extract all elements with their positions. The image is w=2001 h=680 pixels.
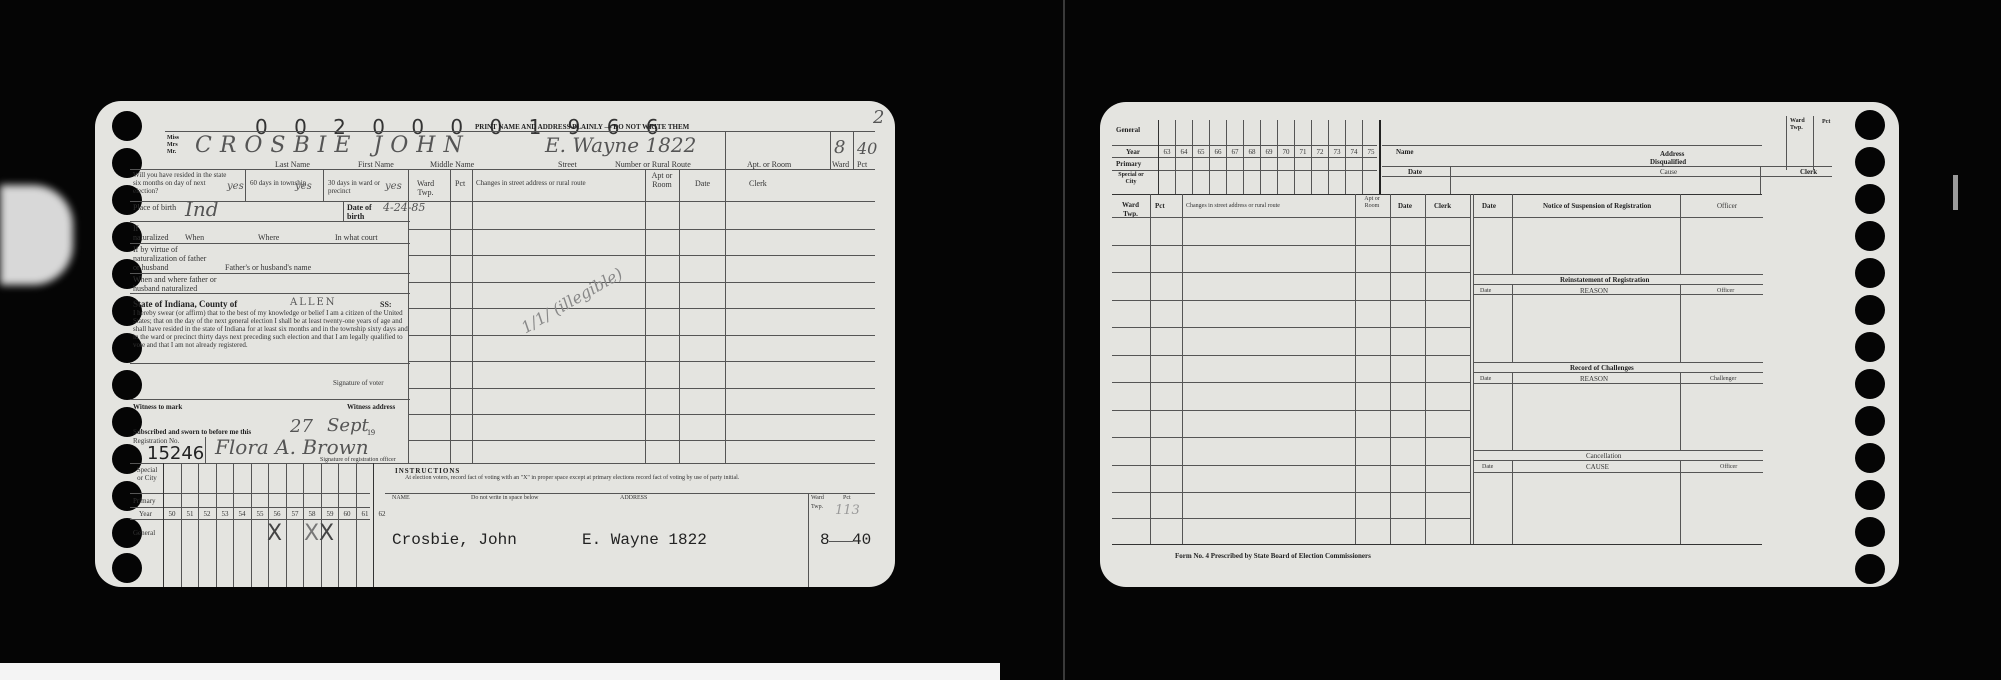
- label-first-name: First Name: [358, 160, 394, 169]
- name-handwritten: CROSBIE JOHN: [195, 133, 471, 158]
- cancellation-date-header: Date: [1482, 463, 1493, 472]
- date-of-birth-label: Date of birth: [347, 203, 387, 221]
- title-prefix-mr: Mr.: [167, 148, 176, 157]
- subscribed-day: 27: [290, 416, 313, 437]
- cancellation-officer-header: Officer: [1720, 463, 1737, 472]
- typed-name: Crosbie, John: [392, 531, 517, 549]
- voter-registration-card-back: General Year Primary Special or City 63 …: [1100, 102, 1899, 587]
- footer-pct-handwritten: 113: [835, 503, 860, 518]
- label-apt-room: Apt. or Room: [747, 160, 791, 169]
- residence-state-question: Will you have resided in the state six m…: [133, 171, 228, 195]
- general-vote-mark-58: X: [304, 521, 319, 546]
- instructions-text: At election voters, record fact of votin…: [405, 475, 825, 482]
- label-street: Street: [558, 160, 577, 169]
- oath-ss: SS:: [380, 300, 392, 309]
- signature-voter-label: Signature of voter: [333, 379, 384, 388]
- changes-header-date: Date: [1398, 202, 1412, 211]
- typed-ward: 8: [820, 531, 830, 549]
- year-75: 75: [1360, 148, 1382, 156]
- pct-handwritten: 40: [857, 139, 877, 158]
- when-where-naturalized-label: When and where father or husband natural…: [133, 275, 228, 293]
- oath-text: I hereby swear (or affirm) that to the b…: [133, 309, 408, 349]
- place-of-birth-label: Place of birth: [133, 203, 183, 212]
- voter-registration-card-front: 0 0 2 0 0 0 0 1 9 6 6 PRINT NAME AND ADD…: [95, 101, 895, 587]
- changes-header-clerk: Clerk: [749, 179, 767, 188]
- corner-mark: 2: [873, 107, 884, 128]
- residence-state-answer: yes: [227, 181, 244, 192]
- ward-twp-label: Ward Twp.: [1790, 118, 1814, 132]
- changes-handwritten-note: 1/1/ (illegible): [518, 264, 626, 337]
- name-label: Name: [1396, 148, 1414, 157]
- vote-row-primary: Primary: [133, 497, 156, 506]
- vote-row-special: Special or City: [133, 466, 161, 482]
- label-last-name: Last Name: [275, 160, 310, 169]
- subscribed-month: Sept: [327, 415, 369, 436]
- changes-header-pct: Pct: [455, 179, 465, 188]
- label-middle-name: Middle Name: [430, 160, 474, 169]
- changes-header-apt: Apt or Room: [649, 171, 675, 189]
- witness-address-label: Witness address: [347, 403, 395, 412]
- naturalized-court-label: In what court: [335, 233, 378, 242]
- year-62: 62: [371, 510, 393, 518]
- changes-header-apt: Apt or Room: [1358, 196, 1386, 210]
- general-vote-mark-56: X: [267, 521, 282, 546]
- date-of-birth-value: 4-24-85: [383, 201, 425, 214]
- vote-row-year: Year: [1126, 148, 1140, 157]
- naturalized-when-label: When: [185, 233, 204, 242]
- film-edge-mark: [1953, 175, 1958, 210]
- oath-state-county: State of Indiana, County of: [133, 300, 237, 309]
- vote-row-primary: Primary: [1116, 160, 1141, 169]
- changes-header-address: Changes in street address or rural route: [1186, 202, 1280, 211]
- address-handwritten: E. Wayne 1822: [545, 133, 696, 157]
- typed-address: E. Wayne 1822: [582, 531, 707, 549]
- suspension-officer-header: Officer: [1717, 202, 1737, 211]
- vote-row-special: Special or City: [1116, 172, 1146, 186]
- typed-pct: 40: [852, 531, 871, 549]
- label-number-route: Number or Rural Route: [615, 160, 691, 169]
- footer-pct-label: Pct: [843, 494, 851, 503]
- white-band: [0, 663, 1000, 680]
- finger-blur: [0, 185, 73, 285]
- changes-header-date: Date: [695, 179, 710, 188]
- vote-row-year: Year: [139, 510, 152, 519]
- form-footer: Form No. 4 Prescribed by State Board of …: [1175, 552, 1371, 561]
- pct-label: Pct: [1822, 118, 1830, 127]
- vote-row-general: General: [1116, 126, 1140, 135]
- footer-no-write-label: Do not write in space below: [471, 494, 538, 503]
- label-ward: Ward: [832, 160, 849, 169]
- changes-header-clerk: Clerk: [1434, 202, 1451, 211]
- registration-no: 15246: [147, 443, 204, 464]
- cancellation-cause-header: CAUSE: [1586, 463, 1609, 472]
- witness-label: Witness to mark: [133, 403, 182, 412]
- suspension-date-header: Date: [1482, 202, 1496, 211]
- suspension-title: Notice of Suspension of Registration: [1543, 202, 1651, 211]
- father-naturalization-label: If by virtue of naturalization of father…: [133, 245, 208, 272]
- ward-handwritten: 8: [834, 137, 845, 158]
- place-of-birth-value: Ind: [185, 197, 219, 221]
- naturalized-where-label: Where: [258, 233, 279, 242]
- divider-line: [1063, 0, 1065, 680]
- residence-ward-answer: yes: [385, 181, 402, 192]
- changes-header-pct: Pct: [1155, 202, 1165, 211]
- oath-county-value: ALLEN: [290, 297, 337, 308]
- father-name-label: Father's or husband's name: [225, 263, 311, 272]
- general-vote-mark-59: X: [319, 521, 334, 546]
- naturalized-label: If naturalized: [133, 224, 173, 242]
- vote-row-general: General: [133, 529, 155, 538]
- label-pct: Pct: [857, 160, 867, 169]
- footer-address-label: ADDRESS: [620, 494, 647, 503]
- changes-header-ward: Ward Twp.: [413, 179, 438, 197]
- footer-ward-label: Ward Twp.: [811, 494, 831, 512]
- residence-township-answer: yes: [295, 181, 312, 192]
- footer-name-label: NAME: [392, 494, 410, 503]
- changes-header-address: Changes in street address or rural route: [476, 179, 586, 188]
